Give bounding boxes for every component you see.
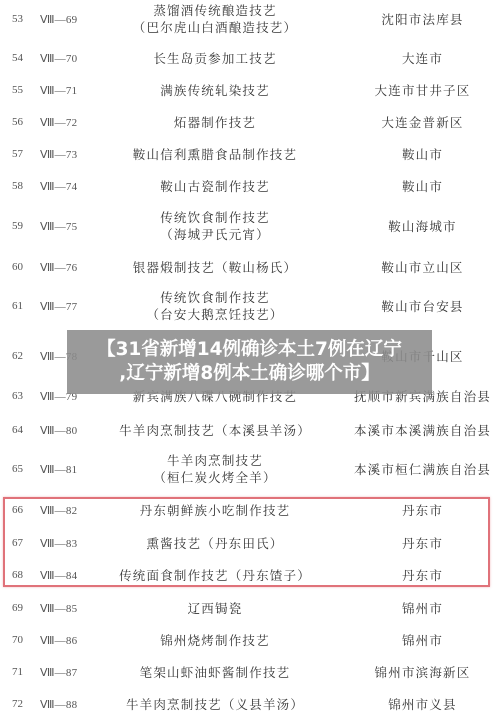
row-number: 65 [12, 463, 34, 475]
item-name-line1: 满族传统轧染技艺 [100, 82, 330, 99]
item-place: 锦州市 [345, 599, 500, 617]
item-place: 锦州市义县 [345, 695, 500, 713]
item-code: Ⅷ—76 [40, 261, 100, 274]
item-name-line2: （桓仁炭火烤全羊） [100, 469, 330, 486]
item-code: Ⅷ—71 [40, 84, 100, 97]
row-number: 57 [12, 148, 34, 160]
item-place: 锦州市 [345, 631, 500, 649]
table-row: 71 Ⅷ—87 笔架山虾油虾酱制作技艺 锦州市滨海新区 [0, 662, 500, 682]
row-number: 56 [12, 116, 34, 128]
item-name-line2: （海城尹氏元宵） [100, 226, 330, 243]
table-row: 56 Ⅷ—72 炻器制作技艺 大连金普新区 [0, 112, 500, 132]
item-code: Ⅷ—87 [40, 666, 100, 679]
row-number: 54 [12, 52, 34, 64]
row-number: 63 [12, 390, 34, 402]
row-number: 72 [12, 698, 34, 710]
item-code: Ⅷ—88 [40, 698, 100, 711]
item-name-line1: 银器煅制技艺（鞍山杨氏） [100, 259, 330, 276]
item-name: 炻器制作技艺 [100, 114, 330, 131]
item-name: 牛羊肉烹制技艺（义县羊汤） [100, 696, 330, 713]
item-place: 本溪市桓仁满族自治县 [345, 460, 500, 478]
row-number: 71 [12, 666, 34, 678]
item-name-line1: 笔架山虾油虾酱制作技艺 [100, 664, 330, 681]
item-code: Ⅷ—74 [40, 180, 100, 193]
headline-overlay: 【31省新增14例确诊本土7例在辽宁 ,辽宁新增8例本土确诊哪个市】 [67, 330, 432, 394]
item-name-line1: 传统饮食制作技艺 [100, 209, 330, 226]
item-name: 银器煅制技艺（鞍山杨氏） [100, 259, 330, 276]
row-number: 59 [12, 220, 34, 232]
item-place: 沈阳市法库县 [345, 10, 500, 28]
item-code: Ⅷ—86 [40, 634, 100, 647]
item-code: Ⅷ—69 [40, 13, 100, 26]
item-place: 锦州市滨海新区 [345, 663, 500, 681]
row-number: 55 [12, 84, 34, 96]
item-name: 笔架山虾油虾酱制作技艺 [100, 664, 330, 681]
item-name-line1: 牛羊肉烹制技艺 [100, 452, 330, 469]
table-row: 55 Ⅷ—71 满族传统轧染技艺 大连市甘井子区 [0, 80, 500, 100]
table-row: 72 Ⅷ—88 牛羊肉烹制技艺（义县羊汤） 锦州市义县 [0, 694, 500, 714]
table-row: 60 Ⅷ—76 银器煅制技艺（鞍山杨氏） 鞍山市立山区 [0, 257, 500, 277]
item-name: 鞍山古瓷制作技艺 [100, 178, 330, 195]
table-row: 65 Ⅷ—81 牛羊肉烹制技艺 （桓仁炭火烤全羊） 本溪市桓仁满族自治县 [0, 450, 500, 488]
item-name-line2: （台安大鹅烹饪技艺） [100, 306, 330, 323]
table-row: 69 Ⅷ—85 辽西锔瓷 锦州市 [0, 598, 500, 618]
item-place: 鞍山市 [345, 145, 500, 163]
row-number: 60 [12, 261, 34, 273]
item-name: 牛羊肉烹制技艺（本溪县羊汤） [100, 422, 330, 439]
item-code: Ⅷ—70 [40, 52, 100, 65]
item-name-line2: （巴尔虎山白酒酿造技艺） [100, 19, 330, 36]
item-name: 长生岛贡参加工技艺 [100, 50, 330, 67]
table-row: 53 Ⅷ—69 蒸馏酒传统酿造技艺 （巴尔虎山白酒酿造技艺） 沈阳市法库县 [0, 0, 500, 38]
item-name-line1: 牛羊肉烹制技艺（义县羊汤） [100, 696, 330, 713]
table-row: 70 Ⅷ—86 锦州烧烤制作技艺 锦州市 [0, 630, 500, 650]
item-name-line1: 鞍山信利熏腊食品制作技艺 [100, 146, 330, 163]
headline-line2: ,辽宁新增8例本土确诊哪个市】 [67, 362, 432, 386]
item-code: Ⅷ—77 [40, 300, 100, 313]
item-name: 锦州烧烤制作技艺 [100, 632, 330, 649]
item-place: 大连市 [345, 49, 500, 67]
item-place: 本溪市本溪满族自治县 [345, 421, 500, 439]
item-place: 鞍山市台安县 [345, 297, 500, 315]
row-number: 70 [12, 634, 34, 646]
table-row: 54 Ⅷ—70 长生岛贡参加工技艺 大连市 [0, 48, 500, 68]
item-name-line1: 炻器制作技艺 [100, 114, 330, 131]
table-row: 59 Ⅷ—75 传统饮食制作技艺 （海城尹氏元宵） 鞍山海城市 [0, 207, 500, 245]
item-name-line1: 蒸馏酒传统酿造技艺 [100, 2, 330, 19]
item-code: Ⅷ—81 [40, 463, 100, 476]
row-number: 69 [12, 602, 34, 614]
row-number: 61 [12, 300, 34, 312]
item-name-line1: 牛羊肉烹制技艺（本溪县羊汤） [100, 422, 330, 439]
item-place: 大连市甘井子区 [345, 81, 500, 99]
item-name: 传统饮食制作技艺 （海城尹氏元宵） [100, 209, 330, 243]
item-place: 鞍山市立山区 [345, 258, 500, 276]
item-name: 鞍山信利熏腊食品制作技艺 [100, 146, 330, 163]
table-row: 61 Ⅷ—77 传统饮食制作技艺 （台安大鹅烹饪技艺） 鞍山市台安县 [0, 287, 500, 325]
item-name: 蒸馏酒传统酿造技艺 （巴尔虎山白酒酿造技艺） [100, 2, 330, 36]
item-name-line1: 辽西锔瓷 [100, 600, 330, 617]
item-code: Ⅷ—72 [40, 116, 100, 129]
highlight-box [3, 497, 490, 587]
item-code: Ⅷ—75 [40, 220, 100, 233]
table-row: 58 Ⅷ—74 鞍山古瓷制作技艺 鞍山市 [0, 176, 500, 196]
table-row: 64 Ⅷ—80 牛羊肉烹制技艺（本溪县羊汤） 本溪市本溪满族自治县 [0, 420, 500, 440]
item-place: 大连金普新区 [345, 113, 500, 131]
item-code: Ⅷ—80 [40, 424, 100, 437]
item-name-line1: 长生岛贡参加工技艺 [100, 50, 330, 67]
row-number: 53 [12, 13, 34, 25]
item-place: 鞍山市 [345, 177, 500, 195]
item-name: 辽西锔瓷 [100, 600, 330, 617]
item-name-line1: 锦州烧烤制作技艺 [100, 632, 330, 649]
row-number: 64 [12, 424, 34, 436]
item-code: Ⅷ—85 [40, 602, 100, 615]
table-row: 57 Ⅷ—73 鞍山信利熏腊食品制作技艺 鞍山市 [0, 144, 500, 164]
headline-line1: 【31省新增14例确诊本土7例在辽宁 [67, 338, 432, 362]
item-name-line1: 鞍山古瓷制作技艺 [100, 178, 330, 195]
item-name: 满族传统轧染技艺 [100, 82, 330, 99]
item-place: 鞍山海城市 [345, 217, 500, 235]
row-number: 62 [12, 350, 34, 362]
row-number: 58 [12, 180, 34, 192]
item-name: 牛羊肉烹制技艺 （桓仁炭火烤全羊） [100, 452, 330, 486]
item-name: 传统饮食制作技艺 （台安大鹅烹饪技艺） [100, 289, 330, 323]
item-code: Ⅷ—73 [40, 148, 100, 161]
item-name-line1: 传统饮食制作技艺 [100, 289, 330, 306]
